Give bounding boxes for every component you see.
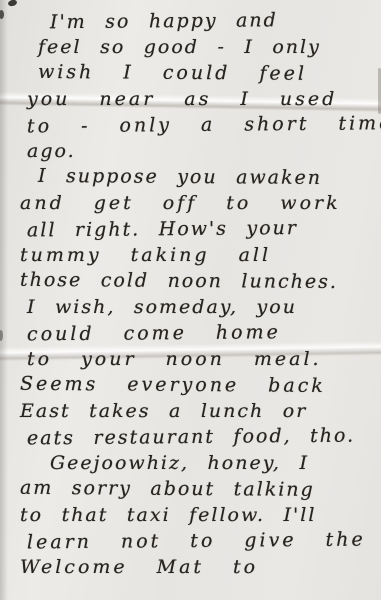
letter-line: Geejoowhiz, honey, I xyxy=(0,450,381,476)
letter-line: I'm so happy and xyxy=(0,6,381,35)
paper-speck xyxy=(7,0,17,7)
letter-line: East takes a lunch or xyxy=(0,398,381,424)
letter-line: am sorry about talking xyxy=(0,475,381,504)
letter-line: wish I could feel xyxy=(0,59,381,88)
letter-line: you near as I used xyxy=(0,86,381,112)
letter-line: tummy taking all xyxy=(0,242,381,268)
letter-line: those cold noon lunches. xyxy=(0,267,381,296)
letter-paper: I'm so happy and feel so good - I only w… xyxy=(0,0,381,600)
letter-line: to that taxi fellow. I'll xyxy=(0,502,381,528)
letter-line: to your noon meal. xyxy=(0,346,381,372)
letter-body: I'm so happy and feel so good - I only w… xyxy=(0,8,381,580)
letter-line: eats restaurant food, tho. xyxy=(0,422,381,451)
letter-line: Seems everyone back xyxy=(0,371,381,400)
letter-line: could come home xyxy=(0,318,381,347)
letter-line: I suppose you awaken xyxy=(0,163,381,192)
letter-line: all right. How's your xyxy=(0,214,381,243)
letter-line: feel so good - I only xyxy=(0,34,381,60)
letter-line: to - only a short time xyxy=(0,110,381,139)
letter-line: ago. xyxy=(0,138,381,164)
letter-line: and get off to work xyxy=(0,190,381,216)
letter-line: Welcome Mat to xyxy=(0,554,381,580)
letter-line: learn not to give the xyxy=(0,526,381,555)
letter-line: I wish, someday, you xyxy=(0,294,381,320)
